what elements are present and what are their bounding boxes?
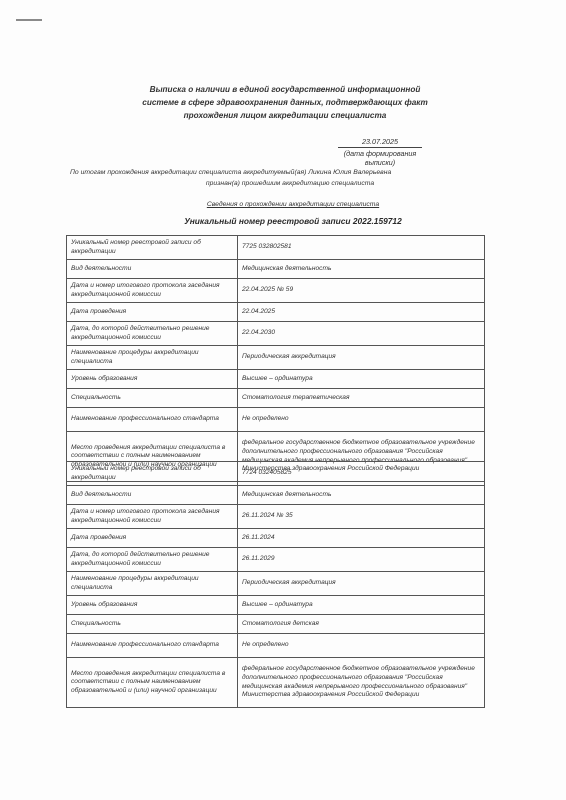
row-value: 7725 032802581 [238,236,485,260]
row-value: федеральное государственное бюджетное об… [238,658,485,708]
row-value: Медицинская деятельность [238,486,485,505]
table-row: Вид деятельностиМедицинская деятельность [67,486,485,505]
scan-corner-mark [16,19,42,21]
row-value: 26.11.2024 № 35 [238,505,485,529]
table-row: Уровень образованияВысшее – ординатура [67,596,485,615]
row-value: Высшее – ординатура [238,596,485,615]
document-title: Выписка о наличии в единой государственн… [120,83,450,122]
row-label: Вид деятельности [67,260,238,279]
row-label: Дата проведения [67,303,238,322]
row-value: 7724 032405825 [238,462,485,486]
table-row: Наименование процедуры аккредитации спец… [67,346,485,370]
table-row: Вид деятельностиМедицинская деятельность [67,260,485,279]
row-label: Уникальный номер реестровой записи об ак… [67,462,238,486]
table-row: Дата, до которой действительно решение а… [67,548,485,572]
row-value: Периодическая аккредитация [238,572,485,596]
row-label: Уровень образования [67,596,238,615]
result-line-1: По итогам прохождения аккредитации специ… [70,167,470,178]
row-value: Периодическая аккредитация [238,346,485,370]
row-label: Наименование профессионального стандарта [67,408,238,432]
title-line: прохождения лицом аккредитации специалис… [120,109,450,122]
accreditation-result-statement: По итогам прохождения аккредитации специ… [70,167,470,189]
table-row: Уровень образованияВысшее – ординатура [67,370,485,389]
table-row: СпециальностьСтоматология терапевтическа… [67,389,485,408]
row-value: Стоматология терапевтическая [238,389,485,408]
generation-date-caption: (дата формирования выписки) [338,148,422,167]
table-row: Наименование профессионального стандарта… [67,408,485,432]
table-row: Уникальный номер реестровой записи об ак… [67,462,485,486]
row-value: 26.11.2029 [238,548,485,572]
row-label: Место проведения аккредитации специалист… [67,658,238,708]
row-value: 22.04.2030 [238,322,485,346]
row-value: Стоматология детская [238,615,485,634]
table-row: Наименование профессионального стандарта… [67,634,485,658]
row-label: Дата и номер итогового протокола заседан… [67,505,238,529]
row-label: Дата, до которой действительно решение а… [67,548,238,572]
row-value: Не определено [238,634,485,658]
generation-date: 23.07.2025 [338,137,422,148]
result-line-2: признан(а) прошедшим аккредитацию специа… [70,178,470,189]
row-label: Дата, до которой действительно решение а… [67,322,238,346]
row-value: 22.04.2025 № 59 [238,279,485,303]
registry-number-heading: Уникальный номер реестровой записи 2022.… [120,216,466,226]
row-label: Наименование профессионального стандарта [67,634,238,658]
row-label: Специальность [67,615,238,634]
row-label: Наименование процедуры аккредитации спец… [67,572,238,596]
row-label: Дата проведения [67,529,238,548]
row-label: Дата и номер итогового протокола заседан… [67,279,238,303]
table-row: СпециальностьСтоматология детская [67,615,485,634]
section-heading: Сведения о прохождении аккредитации спец… [120,201,466,208]
table-row: Наименование процедуры аккредитации спец… [67,572,485,596]
title-line: системе в сфере здравоохранения данных, … [120,96,450,109]
table-row: Дата, до которой действительно решение а… [67,322,485,346]
table-row: Дата проведения22.04.2025 [67,303,485,322]
row-value: 22.04.2025 [238,303,485,322]
row-value: Медицинская деятельность [238,260,485,279]
accreditation-record-table: Уникальный номер реестровой записи об ак… [66,235,485,482]
row-label: Специальность [67,389,238,408]
generation-date-block: 23.07.2025 (дата формирования выписки) [338,137,422,167]
table-row: Место проведения аккредитации специалист… [67,658,485,708]
row-label: Наименование процедуры аккредитации спец… [67,346,238,370]
table-row: Дата и номер итогового протокола заседан… [67,505,485,529]
row-label: Уровень образования [67,370,238,389]
table-row: Дата и номер итогового протокола заседан… [67,279,485,303]
row-label: Вид деятельности [67,486,238,505]
row-label: Уникальный номер реестровой записи об ак… [67,236,238,260]
table-row: Дата проведения26.11.2024 [67,529,485,548]
row-value: 26.11.2024 [238,529,485,548]
row-value: Не определено [238,408,485,432]
row-value: Высшее – ординатура [238,370,485,389]
accreditation-record-table: Уникальный номер реестровой записи об ак… [66,461,485,708]
table-row: Уникальный номер реестровой записи об ак… [67,236,485,260]
title-line: Выписка о наличии в единой государственн… [120,83,450,96]
